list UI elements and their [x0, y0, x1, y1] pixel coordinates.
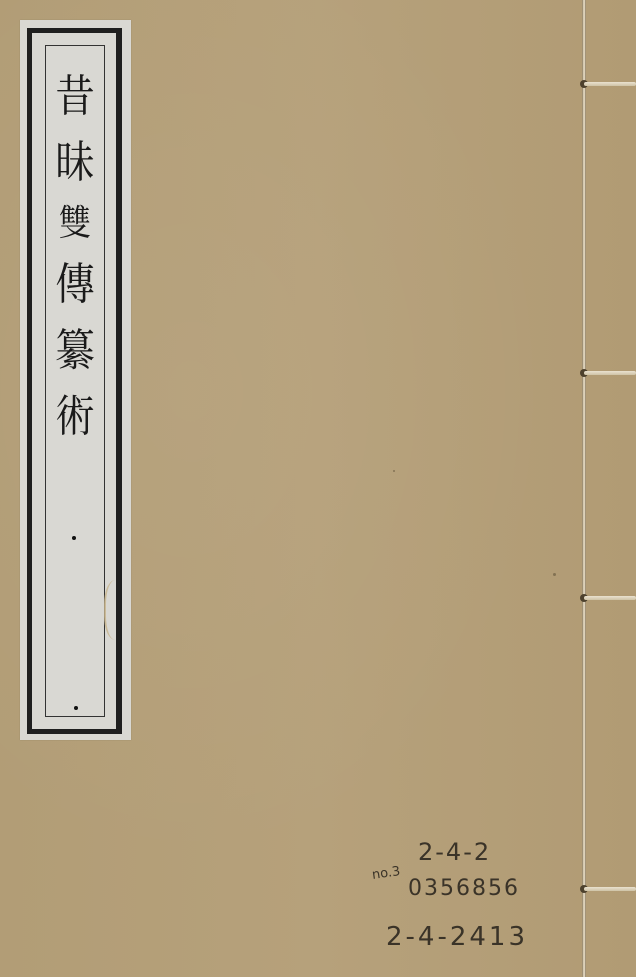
ink-dot: [72, 536, 76, 540]
title-slip-inner-border: 昔 昧 雙 傳 纂 術: [45, 45, 105, 717]
annotation-prefix: no.3: [371, 864, 401, 883]
title-char: 昧: [55, 134, 95, 192]
annotation-line-2: 0356856: [408, 876, 520, 901]
title-char: 纂: [55, 322, 95, 380]
title-slip: 昔 昧 雙 傳 纂 術: [20, 20, 131, 740]
annotation-line-1: 2-4-2: [418, 838, 491, 866]
paper-tear: [104, 580, 132, 640]
title-char: 雙: [59, 200, 91, 248]
paper-speck: [553, 573, 556, 576]
paper-speck: [393, 470, 395, 472]
book-cover: 昔 昧 雙 傳 纂 術 no.3 2-4-2 0356856 2-4-2413: [0, 0, 636, 977]
title-char: 術: [55, 388, 95, 446]
binding-stitch: [584, 596, 636, 600]
title-char: 傳: [55, 256, 95, 314]
title-char: 昔: [55, 68, 95, 126]
ink-dot: [74, 706, 78, 710]
binding-stitch: [584, 371, 636, 375]
binding-stitch: [584, 82, 636, 86]
title-text: 昔 昧 雙 傳 纂 術: [46, 68, 104, 446]
binding-thread: [582, 0, 586, 977]
binding-stitch: [584, 887, 636, 891]
annotation-line-3: 2-4-2413: [386, 922, 528, 952]
